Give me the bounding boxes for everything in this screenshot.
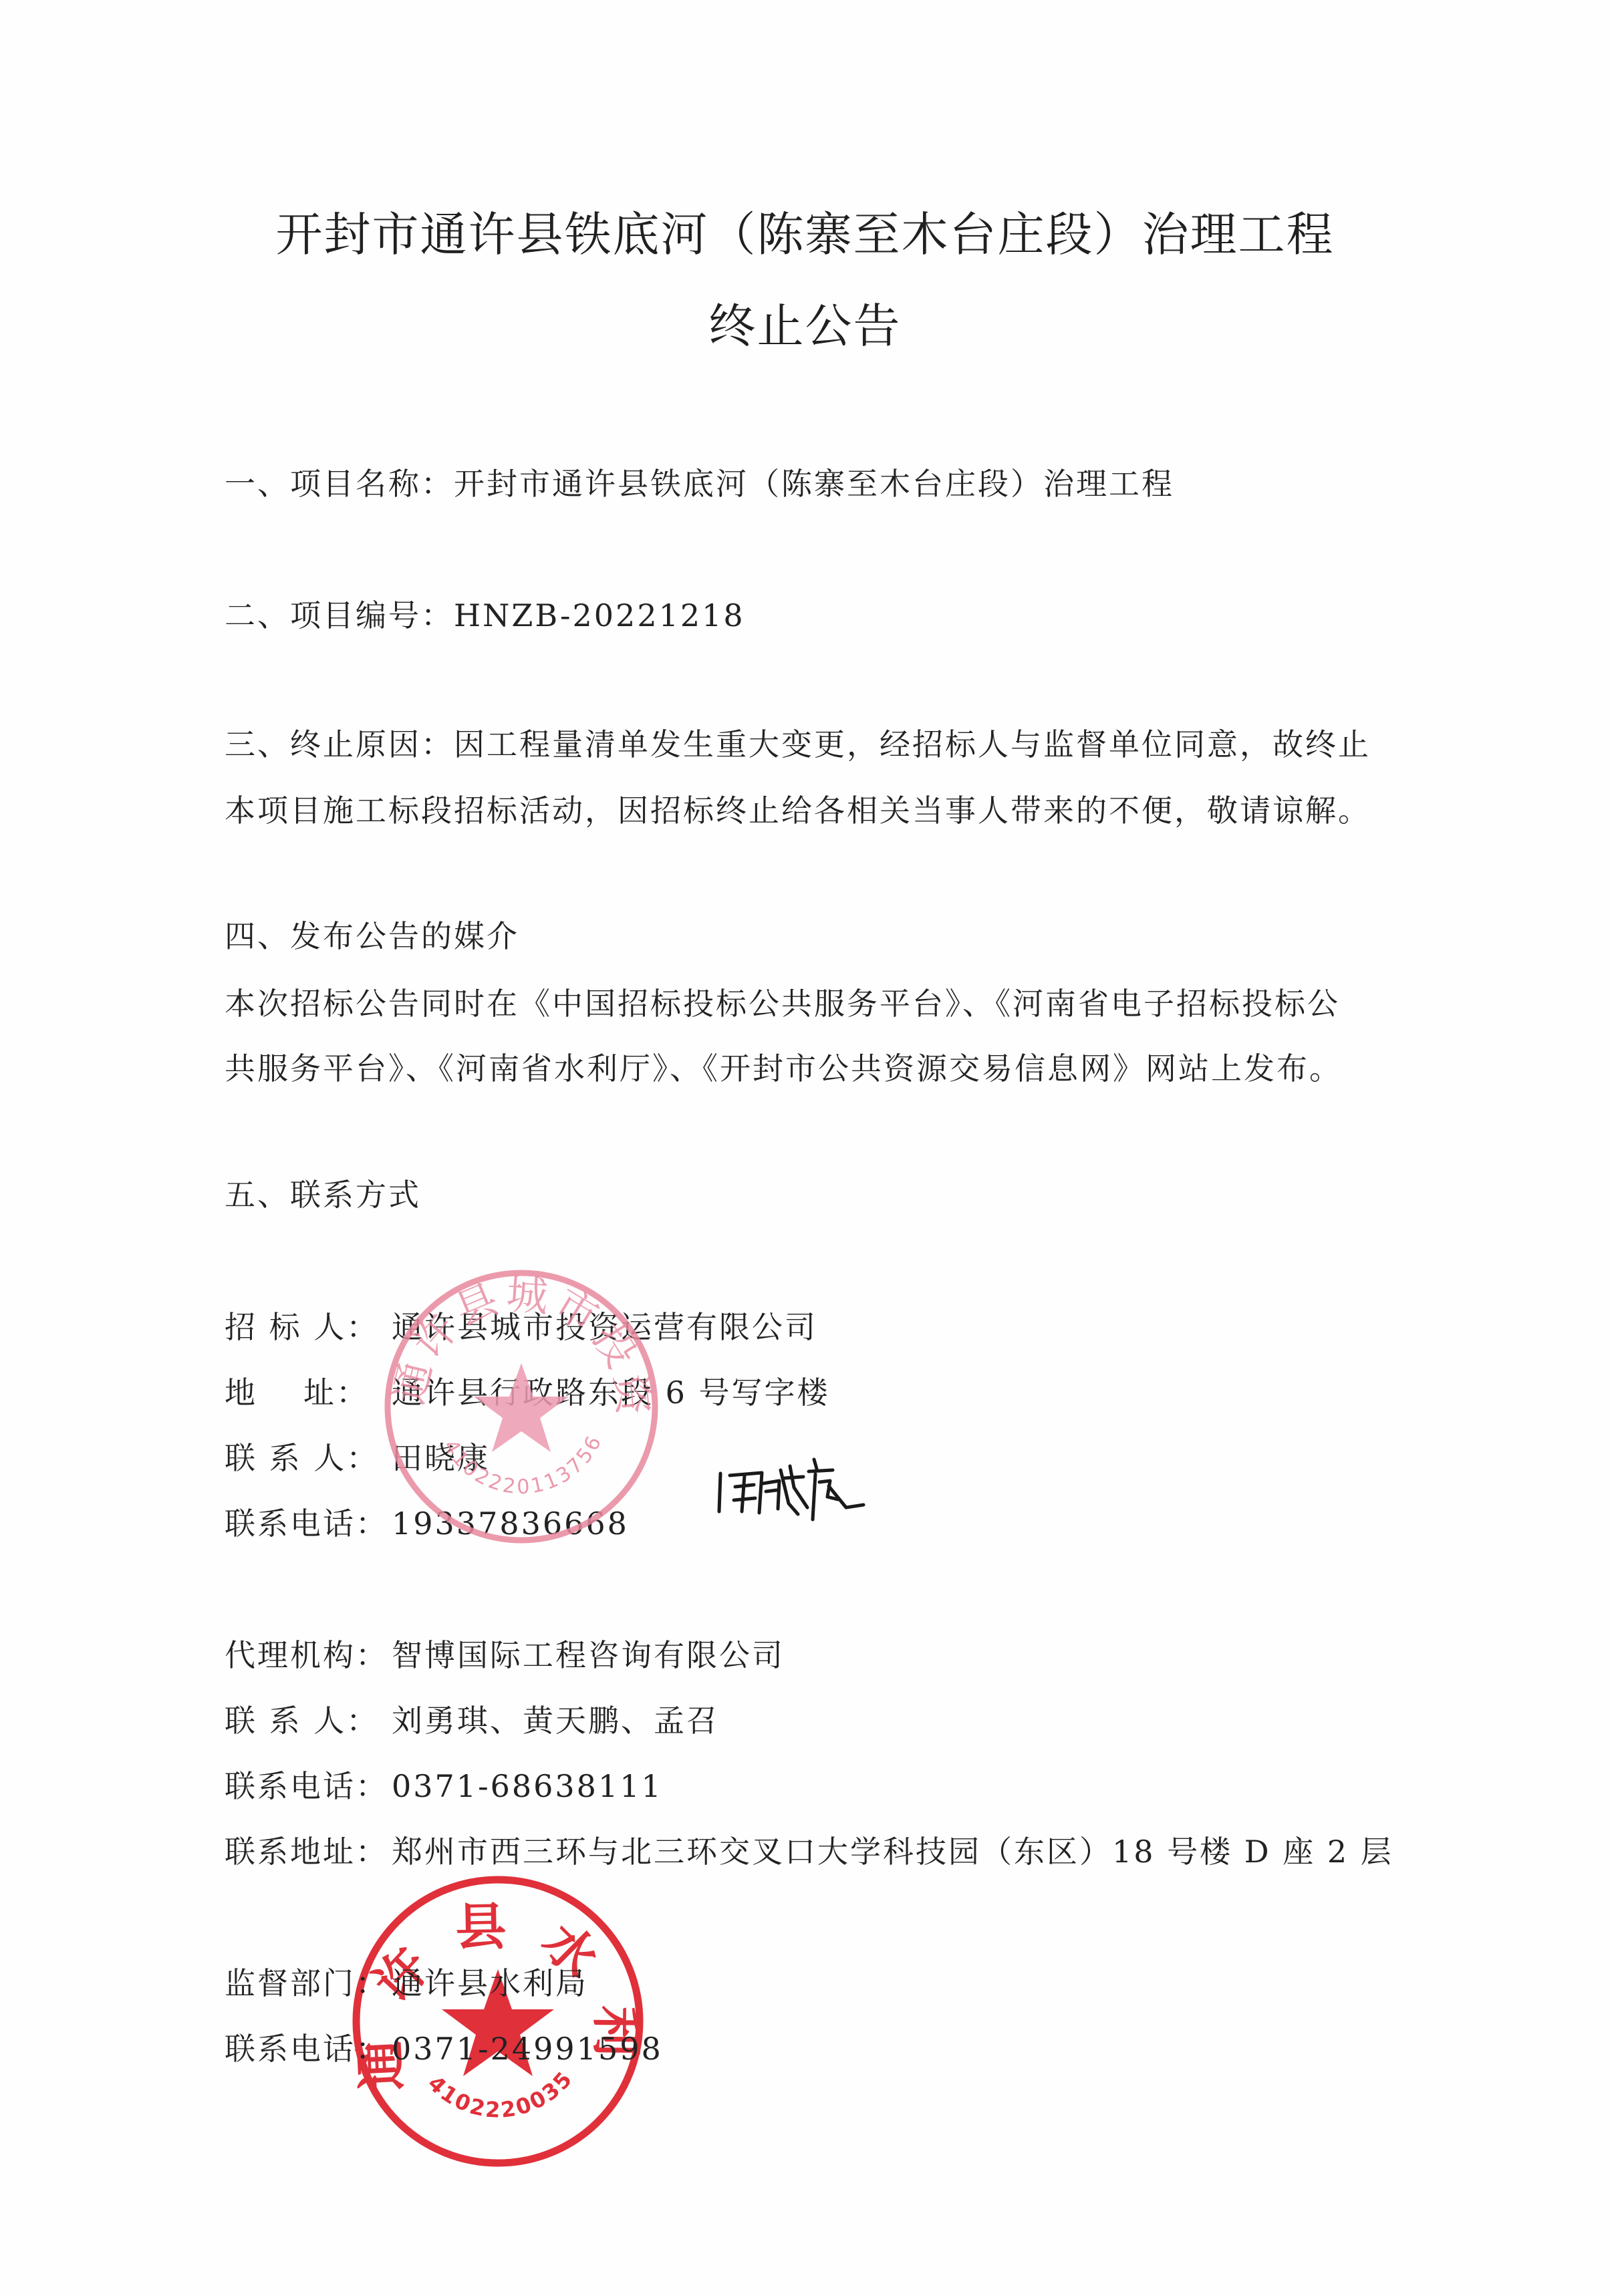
tenderer-address-row: 地址：通许县行政路东段 6 号写字楼 <box>225 1369 830 1413</box>
termination-reason-line1: 因工程量清单发生重大变更，经招标人与监督单位同意，故终止 <box>454 726 1371 762</box>
tenderer-contact-row: 联 系 人：田晓康 <box>225 1434 490 1478</box>
document-title-line2: 终止公告 <box>0 289 1610 356</box>
tenderer-contact: 田晓康 <box>392 1440 490 1476</box>
tenderer-phone-label: 联系电话： <box>225 1499 392 1544</box>
agency-contact: 刘勇琪、黄天鹏、孟召 <box>392 1703 719 1739</box>
tenderer-name-label: 招 标 人： <box>225 1303 392 1347</box>
document-title-line1: 开封市通许县铁底河（陈寨至木台庄段）治理工程 <box>0 197 1610 265</box>
contact-heading: 五、联系方式 <box>225 1171 421 1215</box>
agency-contact-label: 联 系 人： <box>225 1697 392 1741</box>
project-number-row: 二、项目编号：HNZB-20221218 <box>225 591 745 635</box>
media-line1: 本次招标公告同时在《中国招标投标公共服务平台》、《河南省电子招标投标公 <box>225 980 1340 1024</box>
project-number-label: 二、项目编号： <box>225 597 454 633</box>
tenderer-phone-row: 联系电话：19337836668 <box>225 1499 629 1544</box>
termination-reason-row: 三、终止原因：因工程量清单发生重大变更，经招标人与监督单位同意，故终止 <box>225 720 1371 764</box>
agency-phone-label: 联系电话： <box>225 1762 392 1806</box>
project-name-row: 一、项目名称：开封市通许县铁底河（陈寨至木台庄段）治理工程 <box>225 460 1174 504</box>
tenderer-contact-label: 联 系 人： <box>225 1434 392 1478</box>
agency-address-row: 联系地址：郑州市西三环与北三环交叉口大学科技园（东区）18 号楼 D 座 2 层 <box>225 1828 1393 1872</box>
agency-phone: 0371-68638111 <box>392 1768 663 1804</box>
agency-address: 郑州市西三环与北三环交叉口大学科技园（东区）18 号楼 D 座 2 层 <box>392 1834 1393 1870</box>
termination-reason-label: 三、终止原因： <box>225 726 454 762</box>
tenderer-address-label: 地址： <box>225 1369 392 1413</box>
supervisor-phone-label: 联系电话： <box>225 2025 392 2069</box>
supervisor-phone: 0371-24991598 <box>392 2031 663 2067</box>
supervisor-seal: 通许县水利局 4102220035976 <box>344 1868 652 2175</box>
tenderer-name: 通许县城市投资运营有限公司 <box>392 1309 817 1345</box>
agency-phone-row: 联系电话：0371-68638111 <box>225 1762 663 1806</box>
signature <box>715 1450 869 1524</box>
project-number-value: HNZB-20221218 <box>454 597 745 633</box>
project-name-value: 开封市通许县铁底河（陈寨至木台庄段）治理工程 <box>454 466 1174 502</box>
media-heading: 四、发布公告的媒介 <box>225 912 519 956</box>
supervisor-dept-label: 监督部门： <box>225 1959 392 2003</box>
agency-name-row: 代理机构：智博国际工程咨询有限公司 <box>225 1631 785 1675</box>
agency-name: 智博国际工程咨询有限公司 <box>392 1637 785 1673</box>
media-line2: 共服务平台》、《河南省水利厅》、《开封市公共资源交易信息网》网站上发布。 <box>225 1044 1342 1089</box>
supervisor-dept-row: 监督部门：通许县水利局 <box>225 1959 588 2003</box>
tenderer-phone: 19337836668 <box>392 1505 629 1542</box>
termination-reason-line2: 本项目施工标段招标活动，因招标终止给各相关当事人带来的不便，敬请谅解。 <box>225 786 1371 831</box>
agency-contact-row: 联 系 人：刘勇琪、黄天鹏、孟召 <box>225 1697 719 1741</box>
document-page: 开封市通许县铁底河（陈寨至木台庄段）治理工程 终止公告 一、项目名称：开封市通许… <box>0 0 1610 2296</box>
supervisor-phone-row: 联系电话：0371-24991598 <box>225 2025 663 2069</box>
project-name-label: 一、项目名称： <box>225 466 454 502</box>
supervisor-dept: 通许县水利局 <box>392 1965 588 2001</box>
agency-address-label: 联系地址： <box>225 1828 392 1872</box>
tenderer-name-row: 招 标 人：通许县城市投资运营有限公司 <box>225 1303 817 1347</box>
tenderer-address: 通许县行政路东段 6 号写字楼 <box>392 1375 830 1411</box>
agency-name-label: 代理机构： <box>225 1631 392 1675</box>
